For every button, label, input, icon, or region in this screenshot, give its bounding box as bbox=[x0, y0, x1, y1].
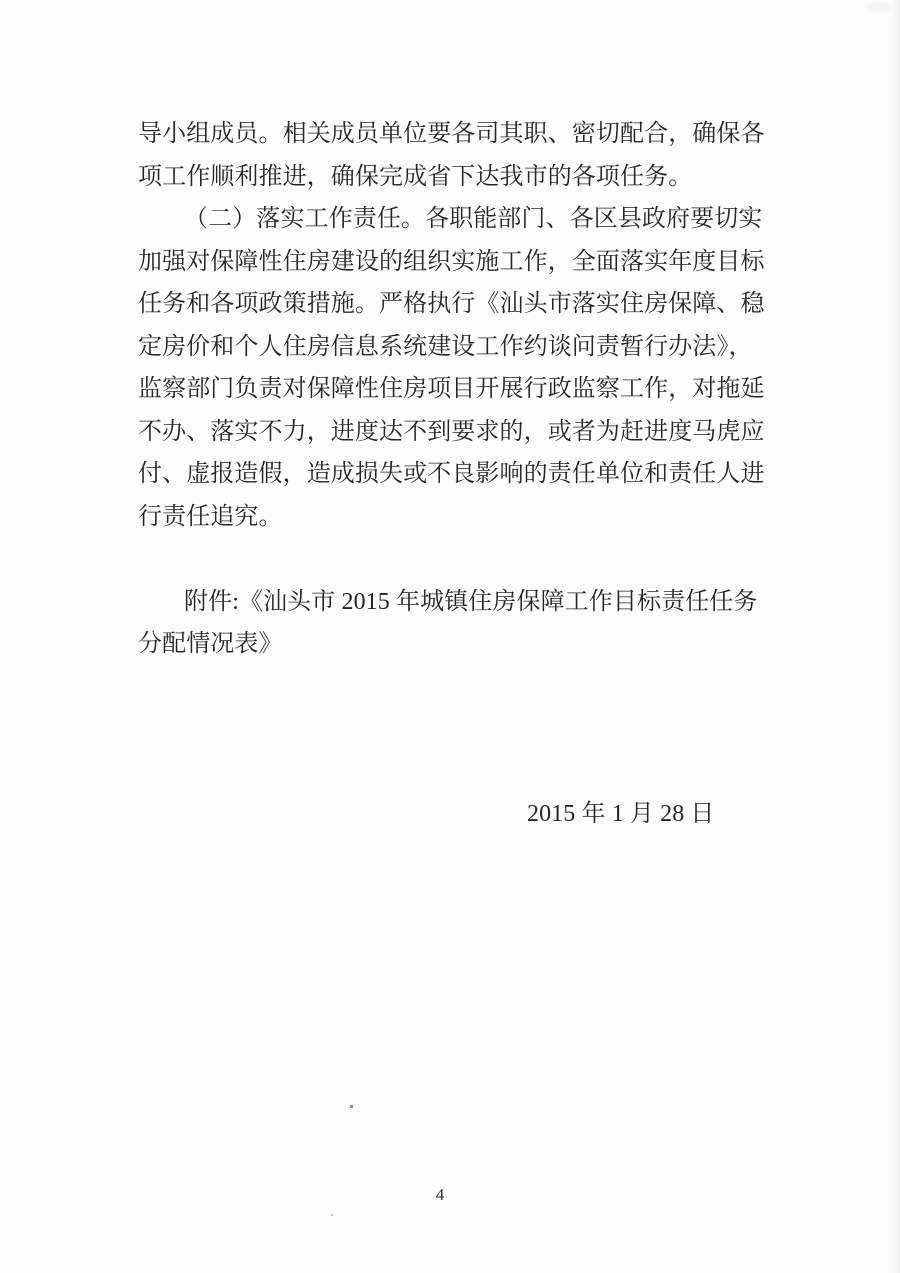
body-line-2: 项工作顺利推进，确保完成省下达我市的各项任务。 bbox=[138, 156, 770, 199]
scan-smudge bbox=[866, 2, 892, 12]
body-line-7: 监察部门负责对保障性住房项目开展行政监察工作，对拖延 bbox=[138, 368, 770, 411]
body-line-9: 付、虚报造假，造成损失或不良影响的责任单位和责任人进 bbox=[138, 453, 770, 496]
page-number: 4 bbox=[400, 1184, 480, 1206]
blank-line bbox=[138, 538, 770, 581]
body-line-3: （二）落实工作责任。各职能部门、各区县政府要切实 bbox=[138, 198, 770, 241]
scanned-document-page: 导小组成员。相关成员单位要各司其职、密切配合，确保各 项工作顺利推进，确保完成省… bbox=[0, 0, 900, 1273]
document-body: 导小组成员。相关成员单位要各司其职、密切配合，确保各 项工作顺利推进，确保完成省… bbox=[138, 113, 770, 836]
body-line-4: 加强对保障性住房建设的组织实施工作，全面落实年度目标 bbox=[138, 241, 770, 284]
scan-speck-faint bbox=[331, 1214, 333, 1216]
body-line-10: 行责任追究。 bbox=[138, 496, 770, 539]
blank-line bbox=[138, 666, 770, 709]
signature-date: 2015 年 1 月 28 日 bbox=[138, 793, 770, 836]
blank-line bbox=[138, 708, 770, 751]
blank-line bbox=[138, 751, 770, 794]
body-line-1: 导小组成员。相关成员单位要各司其职、密切配合，确保各 bbox=[138, 113, 770, 156]
scan-edge-shadow bbox=[890, 0, 900, 1273]
body-line-5: 任务和各项政策措施。严格执行《汕头市落实住房保障、稳 bbox=[138, 283, 770, 326]
scan-speck bbox=[350, 1105, 353, 1108]
attachment-line-2: 分配情况表》 bbox=[138, 623, 770, 666]
attachment-line-1: 附件:《汕头市 2015 年城镇住房保障工作目标责任任务 bbox=[138, 581, 770, 624]
body-line-8: 不办、落实不力，进度达不到要求的，或者为赶进度马虎应 bbox=[138, 411, 770, 454]
body-line-6: 定房价和个人住房信息系统建设工作约谈问责暂行办法》， bbox=[138, 326, 770, 369]
